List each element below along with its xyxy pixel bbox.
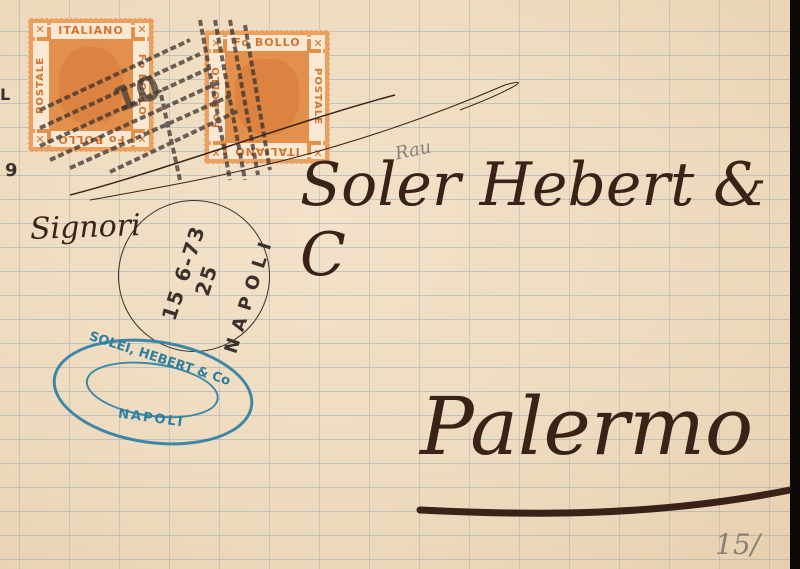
pencil-note: 15/ (715, 528, 760, 561)
partial-postmark-letter: L (0, 85, 10, 104)
corner-x-icon: ✕ (209, 35, 223, 49)
address-salutation: Signori (29, 208, 141, 247)
stamp-top-text: ITALIANO (51, 23, 131, 39)
corner-x-icon: ✕ (311, 35, 325, 49)
stamp-left-text: POSTALE (309, 53, 325, 141)
corner-x-icon: ✕ (135, 23, 149, 37)
corner-x-icon: ✕ (209, 145, 223, 159)
partial-postmark-digit: 9 (5, 160, 18, 181)
corner-x-icon: ✕ (33, 23, 47, 37)
address-addressee: Soler Hebert & C (300, 150, 800, 290)
corner-x-icon: ✕ (135, 133, 149, 147)
stamp-bottom-text: Fo BOLLO (227, 35, 307, 51)
stamp-1: ITALIANO Fo BOLLO POSTALE Fo BOLLO ✕ ✕ ✕… (28, 18, 154, 152)
stamp-bottom-text: Fo BOLLO (51, 131, 131, 147)
stamp-right-text: Fo BOLLO (133, 41, 149, 129)
stamp-portrait (235, 59, 299, 135)
stamp-portrait (59, 47, 123, 123)
scan-edge (790, 0, 800, 569)
stamp-2: ITALIANO Fo BOLLO POSTALE Fo BOLLO ✕ ✕ ✕… (204, 30, 330, 164)
stamp-top-text: ITALIANO (227, 143, 307, 159)
address-city: Palermo (420, 380, 753, 473)
postal-cover: L 9 ITALIANO Fo BOLLO POSTALE Fo BOLLO ✕… (0, 0, 800, 569)
corner-x-icon: ✕ (33, 133, 47, 147)
stamp-left-text: POSTALE (33, 41, 49, 129)
stamp-right-text: Fo BOLLO (209, 53, 225, 141)
